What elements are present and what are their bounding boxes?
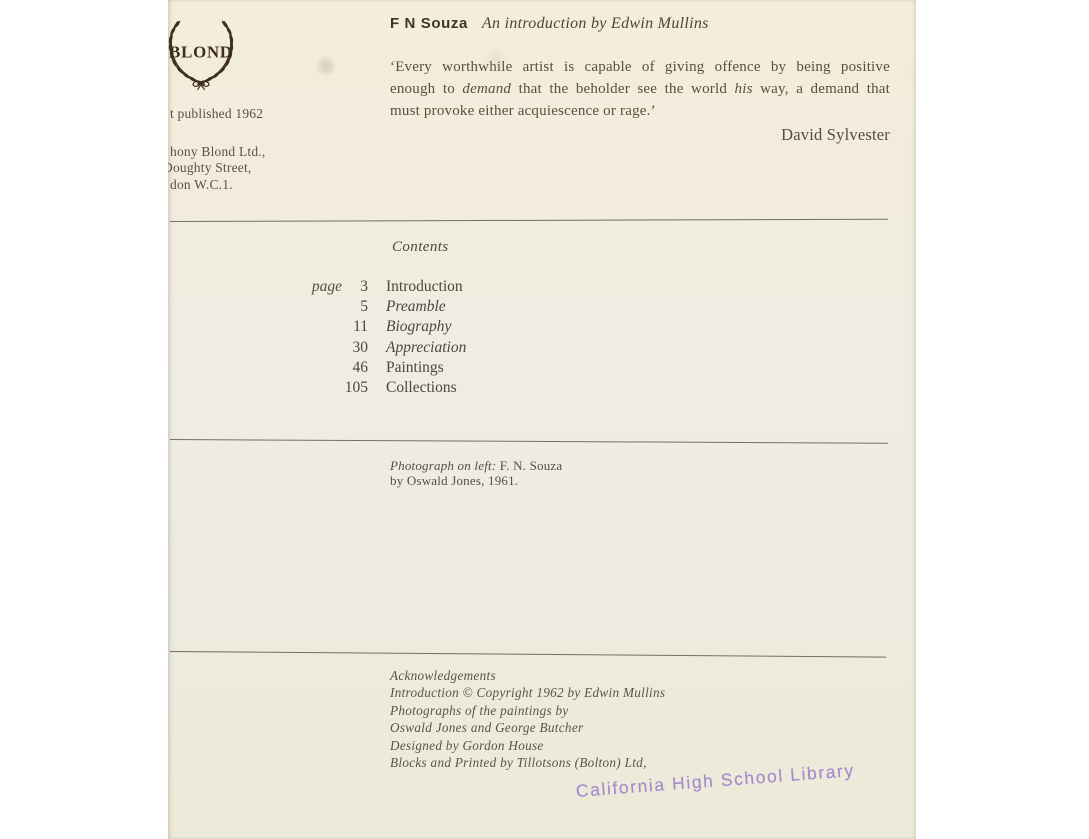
horizontal-rule-1 xyxy=(170,219,888,223)
paper-stain-faint xyxy=(483,46,509,72)
epigraph-quote: ‘Every worthwhile artist is capable of g… xyxy=(390,56,890,146)
author-name: F N Souza xyxy=(390,15,468,32)
page-header: F N Souza An introduction by Edwin Mulli… xyxy=(390,15,709,33)
contents-row-paintings: 46 Paintings xyxy=(168,358,466,378)
header-subtitle: An introduction by Edwin Mullins xyxy=(482,15,709,33)
contents-row-introduction: page 3 Introduction xyxy=(168,277,466,297)
contents-page-number: 11 xyxy=(342,317,368,337)
book-page: BLOND t published 1962 hony Blond Ltd., … xyxy=(168,0,916,839)
publisher-logo-text: BLOND xyxy=(169,42,233,61)
contents-title: Collections xyxy=(386,378,457,398)
contents-page-number: 30 xyxy=(342,338,368,358)
contents-page-label: page xyxy=(168,277,342,297)
contents-page-number: 3 xyxy=(342,277,368,297)
epigraph-text: way, a demand that xyxy=(753,81,890,97)
acknowledgements-photographers: Oswald Jones and George Butcher xyxy=(390,719,665,736)
photo-caption-subject: F. N. Souza xyxy=(496,458,562,473)
acknowledgements-heading: Acknowledgements xyxy=(390,667,665,684)
imprint-line-published: t published 1962 xyxy=(170,106,263,122)
contents-heading: Contents xyxy=(392,239,449,256)
contents-page-number: 105 xyxy=(342,378,368,398)
contents-row-preamble: 5 Preamble xyxy=(168,297,466,317)
contents-title: Preamble xyxy=(386,297,446,317)
contents-page-label-spacer xyxy=(168,378,342,398)
epigraph-emphasis: his xyxy=(735,81,753,97)
acknowledgements-printer: Blocks and Printed by Tillotsons (Bolton… xyxy=(390,754,665,771)
contents-page-number: 5 xyxy=(342,297,368,317)
acknowledgements-designer: Designed by Gordon House xyxy=(390,737,665,754)
contents-title: Introduction xyxy=(386,277,463,297)
contents-page-label-spacer xyxy=(168,297,342,317)
horizontal-rule-3 xyxy=(170,651,886,658)
contents-page-number: 46 xyxy=(342,358,368,378)
imprint-line-street: Doughty Street, xyxy=(168,160,252,176)
contents-title: Appreciation xyxy=(386,338,466,358)
photo-caption-lead: Photograph on left: xyxy=(390,458,496,473)
photo-caption-line-2: by Oswald Jones, 1961. xyxy=(390,473,562,488)
contents-title: Paintings xyxy=(386,358,444,378)
horizontal-rule-2 xyxy=(170,439,888,444)
paper-stain xyxy=(316,56,336,76)
contents-title: Biography xyxy=(386,317,451,337)
contents-list: page 3 Introduction 5 Preamble 11 Biogra… xyxy=(168,277,466,398)
acknowledgements-photographs: Photographs of the paintings by xyxy=(390,702,665,719)
contents-page-label-spacer xyxy=(168,317,342,337)
contents-page-label-spacer xyxy=(168,338,342,358)
photo-caption: Photograph on left: F. N. Souza by Oswal… xyxy=(390,458,562,488)
epigraph-line-2: enough to demand that the beholder see t… xyxy=(390,78,890,100)
epigraph-line-3: must provoke either acquiescence or rage… xyxy=(390,100,890,122)
contents-row-collections: 105 Collections xyxy=(168,378,466,398)
contents-row-biography: 11 Biography xyxy=(168,317,466,337)
scan-background: BLOND t published 1962 hony Blond Ltd., … xyxy=(0,0,1089,839)
epigraph-line-1: ‘Every worthwhile artist is capable of g… xyxy=(390,56,890,78)
contents-row-appreciation: 30 Appreciation xyxy=(168,338,466,358)
epigraph-emphasis: demand xyxy=(462,81,511,97)
contents-page-label-spacer xyxy=(168,358,342,378)
acknowledgements-block: Acknowledgements Introduction © Copyrigh… xyxy=(390,667,665,771)
photo-caption-line-1: Photograph on left: F. N. Souza xyxy=(390,458,562,473)
epigraph-text: that the beholder see the world xyxy=(511,81,734,97)
epigraph-text: enough to xyxy=(390,81,462,97)
acknowledgements-copyright: Introduction © Copyright 1962 by Edwin M… xyxy=(390,684,665,701)
publisher-wreath-logo: BLOND xyxy=(168,11,243,91)
imprint-line-publisher: hony Blond Ltd., xyxy=(170,144,265,160)
imprint-line-city: don W.C.1. xyxy=(170,177,233,193)
epigraph-attribution: David Sylvester xyxy=(390,124,890,146)
